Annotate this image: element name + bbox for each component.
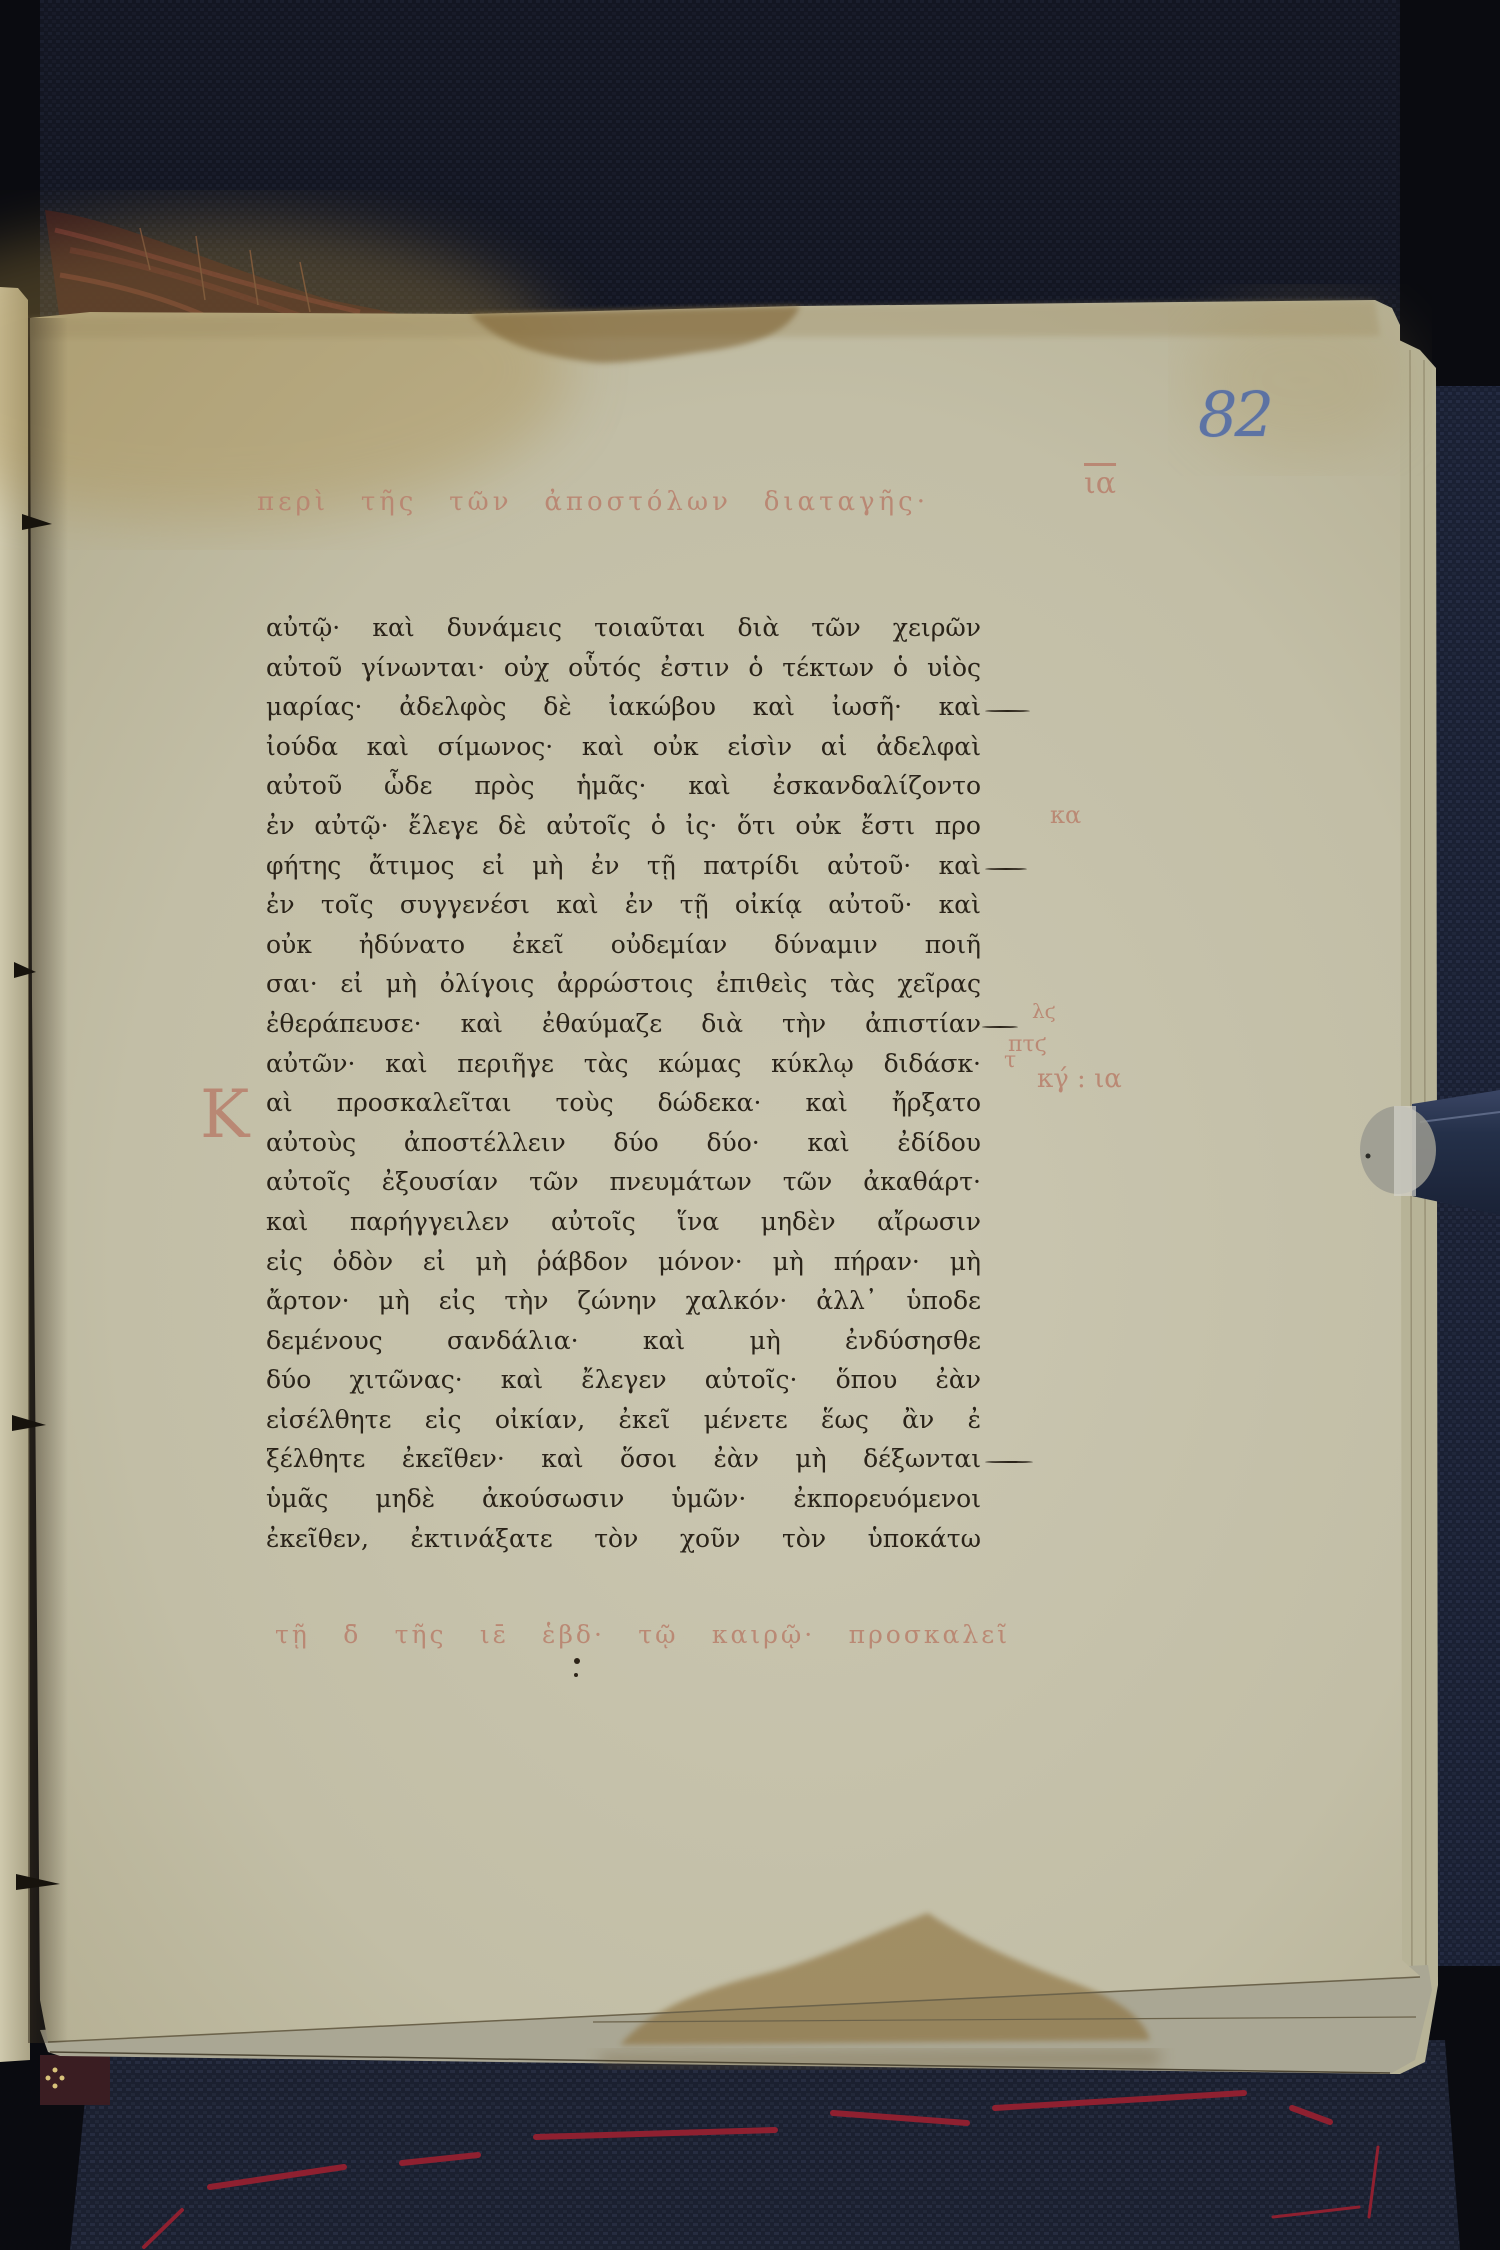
text-line: δεμένους σανδάλια· καὶ μὴ ἐνδύσησθε: [266, 1321, 981, 1361]
telos-marker: τ: [1004, 1046, 1016, 1076]
red-initial-letter: Κ: [200, 1082, 249, 1148]
line-filler-stroke: [985, 1461, 1033, 1463]
lectionary-rubric: τῇ δ̄ τῆς ιε̄ ἑβδ· τῷ καιρῷ· προσκαλεῖ: [275, 1617, 1010, 1653]
text-line: οὐκ ἠδύνατο ἐκεῖ οὐδεμίαν δύναμιν ποιῆ: [266, 925, 981, 965]
line-filler-stroke: [982, 1026, 1018, 1028]
gutter-shadow: [28, 318, 68, 2043]
text-line: εἰς ὁδὸν εἰ μὴ ῥάβδον μόνον· μὴ πήραν· μ…: [266, 1242, 981, 1282]
rubric-heading: περὶ τῆς τῶν ἀποστόλων διαταγῆς·: [257, 484, 929, 520]
text-line: αὐτοῖς ἐξουσίαν τῶν πνευμάτων τῶν ἀκαθάρ…: [266, 1162, 981, 1202]
text-line: ξέλθητε ἐκεῖθεν· καὶ ὅσοι ἐὰν μὴ δέξωντα…: [266, 1439, 981, 1479]
text-line: αὶ προσκαλεῖται τοὺς δώδεκα· καὶ ἤρξατο: [266, 1083, 981, 1123]
kephalaion-number: ια: [1084, 466, 1116, 502]
text-line: αὐτῶν· καὶ περιῆγε τὰς κώμας κύκλῳ διδάσ…: [266, 1044, 981, 1084]
text-line: αὐτοῦ γίνωνται· οὐχ οὗτός ἐστιν ὁ τέκτων…: [266, 648, 981, 688]
text-line: ἐκεῖθεν, ἐκτινάξατε τὸν χοῦν τὸν ὑποκάτω: [266, 1519, 981, 1559]
folio-number: 82: [1198, 380, 1271, 450]
line-filler-stroke: [985, 710, 1030, 712]
marginal-note-lower: κγ́ : ια: [1037, 1064, 1122, 1094]
text-line: μαρίας· ἀδελφὸς δὲ ἰακώβου καὶ ἰωσῆ· καὶ: [266, 687, 981, 727]
text-line: φήτης ἄτιμος εἰ μὴ ἐν τῇ πατρίδι αὐτοῦ· …: [266, 846, 981, 886]
text-line: σαι· εἰ μὴ ὀλίγοις ἀρρώστοις ἐπιθεὶς τὰς…: [266, 964, 981, 1004]
main-text-block: αὐτῷ· καὶ δυνάμεις τοιαῦται διὰ τῶν χειρ…: [266, 608, 981, 1558]
ink-dot: [574, 1673, 578, 1677]
text-line: αὐτῷ· καὶ δυνάμεις τοιαῦται διὰ τῶν χειρ…: [266, 608, 981, 648]
text-line: αὐτοὺς ἀποστέλλειν δύο δύο· καὶ ἐδίδου: [266, 1123, 981, 1163]
previous-leaf-edge: [0, 287, 30, 2062]
text-line: ἐν αὐτῷ· ἔλεγε δὲ αὐτοῖς ὁ ἰς· ὅτι οὐκ ἔ…: [266, 806, 981, 846]
text-line: εἰσέλθητε εἰς οἰκίαν, ἐκεῖ μένετε ἕως ἂν…: [266, 1400, 981, 1440]
text-line: αὐτοῦ ὧδε πρὸς ἡμᾶς· καὶ ἐσκανδαλίζοντο: [266, 766, 981, 806]
ink-dot: [574, 1658, 580, 1664]
text-line: ἰούδα καὶ σίμωνος· καὶ οὐκ εἰσὶν αἱ ἀδελ…: [266, 727, 981, 767]
text-line: ὑμᾶς μηδὲ ἀκούσωσιν ὑμῶν· ἐκπορευόμενοι: [266, 1479, 981, 1519]
braid: [40, 2055, 110, 2105]
text-line: ἐν τοῖς συγγενέσι καὶ ἐν τῇ οἰκίᾳ αὐτοῦ·…: [266, 885, 981, 925]
manuscript-photo: 82 περὶ τῆς τῶν ἀποστόλων διαταγῆς· ια α…: [0, 0, 1500, 2250]
text-line: ἐθεράπευσε· καὶ ἐθαύμαζε διὰ τὴν ἀπιστία…: [266, 1004, 981, 1044]
text-line: καὶ παρήγγειλεν αὐτοῖς ἵνα μηδὲν αἴρωσιν: [266, 1202, 981, 1242]
text-line: ἄρτον· μὴ εἰς τὴν ζώνην χαλκόν· ἀλλ᾽ ὑπο…: [266, 1281, 981, 1321]
text-line: δύο χιτῶνας· καὶ ἔλεγεν αὐτοῖς· ὅπου ἐὰν: [266, 1360, 981, 1400]
line-filler-stroke: [985, 868, 1027, 870]
marginal-note-section: κα: [1050, 800, 1081, 830]
marginal-note-upper: λϛ: [1032, 996, 1056, 1026]
